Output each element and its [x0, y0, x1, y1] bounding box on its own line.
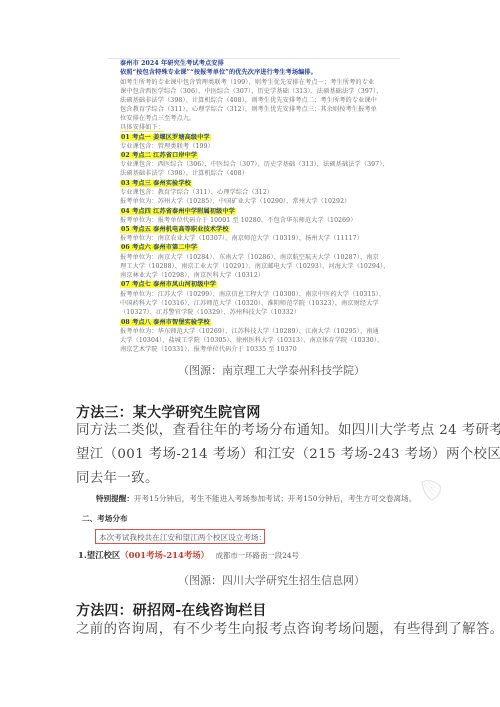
site-detail: 大学（10304）、盐城工学院（10305）、徐州医科大学（10313）、南京体… [120, 337, 383, 345]
site-detail: 报考单位为：报考单位代码介于 10001 至 10280、不包含华东师范大学（1… [120, 217, 357, 225]
site-label: 04 考点四 江苏省泰州中学附属初级中学 [120, 208, 236, 215]
site-label: 01 考点一 姜堰区罗塘高级中学 [120, 134, 211, 141]
specific-label: 具体安排如下： [120, 124, 164, 132]
site-detail: 专业课包含：西医综合（306）、中医综合（307）、历史学基础（313）、法硕基… [120, 161, 389, 169]
image-subtitle: 依照“按包含特殊专业课”“按报考单位”的优先次序进行考生考场编排。 [120, 69, 317, 77]
taizhou-exam-sites-image: 泰州市 2024 年研究生考试考点安排 依照“按包含特殊专业课”“按报考单位”的… [108, 58, 400, 358]
site-label: 05 考点五 泰州机电高等职业技术学校 [120, 226, 230, 233]
site-detail: 报考单位为：南京农业大学（10307）、南京师范大学（10319）、扬州大学（1… [120, 235, 363, 243]
site-detail: 报考单位为：江苏大学（10299）、南京信息工程大学（10300）、南京中医药大… [120, 291, 385, 299]
site-detail: 法硕基础非法学（398）、计算机综合（408） [120, 170, 248, 178]
scu-exam-notice-image: 特别提醒：开考15分钟后，考生不能进入考场参加考试；开考150分钟后，考生方可交… [80, 493, 420, 573]
section-heading: 方法四：研招网-在线咨询栏目 [76, 600, 267, 620]
site-detail: 中国药科大学（10316）、江苏师范大学（10320）、淮阴师范学院（10323… [120, 300, 379, 308]
site-detail: 专业课包含：管理类联考（199） [120, 143, 214, 151]
site-label: 06 考点六 泰州市第二中学 [120, 244, 198, 251]
site-label: 02 考点二 江苏省口岸中学 [120, 152, 198, 159]
site-label: 07 考点七 泰州市凤山河初级中学 [120, 281, 217, 288]
site-detail: 南京林业大学（10298）、南京医科大学（10312） [120, 272, 264, 280]
intro-line: 课中包含西医学综合（306）、中医综合（307）、历史学基础（313）、法硕基础… [120, 88, 382, 96]
image-top-border [108, 58, 400, 59]
site-detail: 理工大学（10288）、南京工业大学（10291）、南京邮电大学（10293）、… [120, 263, 390, 271]
paragraph-line: 之前的咨询周，有不少考生向报考点咨询考场问题，有些得到了解答。大家可以 [76, 618, 500, 642]
site-detail: 报考单位为：苏州大学（10285）、中国矿业大学（10290）、常州大学（102… [120, 198, 350, 206]
site-detail: 报考单位为：华东师范大学（10269）、江苏科技大学（10289）、江南大学（1… [120, 328, 379, 336]
paragraph-line: 同去年一致。 [76, 467, 159, 491]
site-label: 08 考点八 泰州市智堡实验学校 [120, 319, 211, 326]
image-title: 泰州市 2024 年研究生考试考点安排 [120, 60, 224, 68]
image-caption: （图源：四川大学研究生招生信息网） [178, 572, 365, 588]
campus-address: 成都市一环路南一段24号 [216, 551, 299, 560]
highlighted-notice: 本次考试我校共在江安和望江两个校区设立考场： [95, 529, 265, 544]
paragraph-line: 望江（001 考场-214 考场）和江安（215 考场-243 考场）两个校区。… [76, 443, 500, 467]
site-detail: 南京艺术学院（10331）、报考单位代码介于 10335 至 10370 [120, 346, 297, 354]
image-caption: （图源：南京理工大学泰州科技学院） [178, 362, 365, 378]
intro-line: 法硕基础非法学（398）、计算机综合（408），则考生优先安排考点二；考生所考的… [120, 97, 377, 105]
section-title: 二、考场分布 [82, 513, 128, 524]
intro-line: 位安排在考点三至考点九。 [120, 115, 195, 123]
reminder-text: 开考15分钟后，考生不能进入考场参加考试；开考150分钟后，考生方可交卷离场。 [134, 494, 416, 503]
reminder-label: 特别提醒： [96, 494, 134, 503]
site-detail: 专业课包含：教育学综合（311）、心理学综合（312） [120, 189, 273, 197]
intro-line: 包含教育学综合（311）、心理学综合（312），则考生优先安排考点三；其余则按考… [120, 106, 377, 114]
decorative-leaf-icon [418, 478, 444, 502]
paragraph-line: 同方法二类似，查看往年的考场分布通知。如四川大学考点 24 考研考场安排为 [76, 419, 500, 443]
site-detail: （10327）、江苏警官学院（10329）、苏州科技大学（10332） [120, 309, 300, 317]
site-label: 03 考点三 泰州实验学校 [120, 180, 192, 187]
intro-line: 如考生所考的专业课中包含管理类联考（199），则考生优先安排在考点一；考生所考的… [120, 79, 374, 87]
campus-name: 1.望江校区 [78, 550, 120, 560]
site-detail: 报考单位为：南京大学（10284）、东南大学（10286）、南京航空航天大学（1… [120, 254, 379, 262]
campus-range: （001考场-214考场） [120, 550, 209, 560]
